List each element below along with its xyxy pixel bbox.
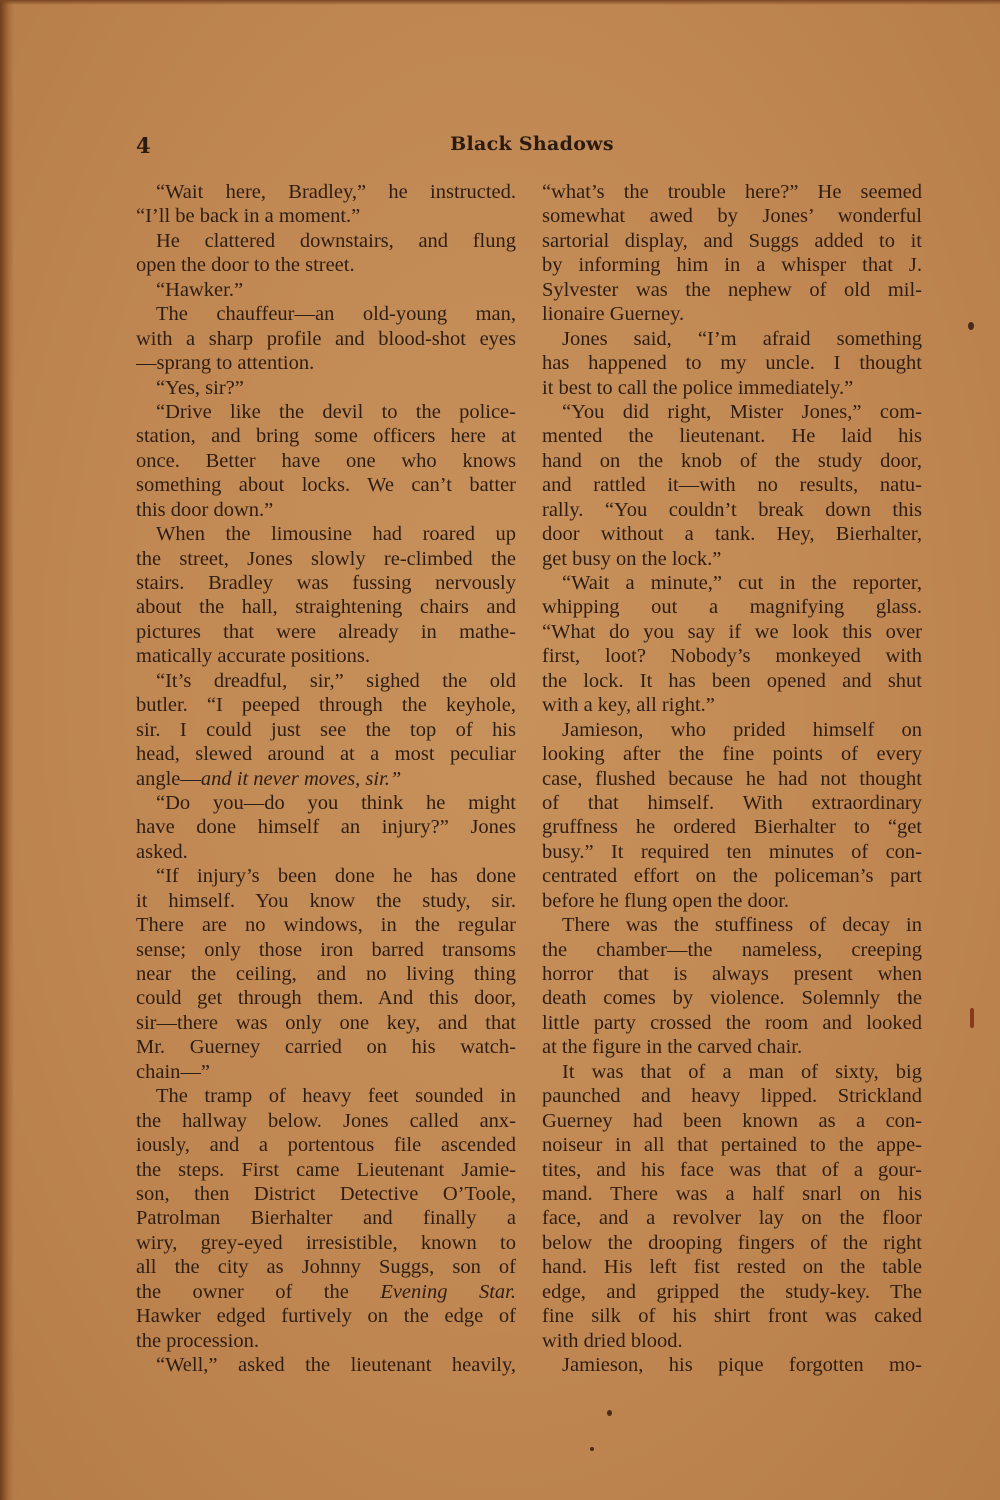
text-line: Jones said, “I’m afraid something: [542, 327, 922, 351]
text-line: There was the stuffiness of decay in: [542, 913, 922, 937]
text-line: tites, and his face was that of a gour-: [542, 1158, 922, 1182]
text-line: “Do you—do you think he might: [136, 791, 516, 815]
text-line: get busy on the lock.”: [542, 547, 922, 571]
text-line: Hawker edged furtively on the edge of: [136, 1304, 516, 1328]
text-line: about the hall, straightening chairs and: [136, 595, 516, 619]
text-line: matically accurate positions.: [136, 644, 516, 668]
text-line: door without a tank. Hey, Bierhalter,: [542, 522, 922, 546]
text-line: with a key, all right.”: [542, 693, 922, 717]
text-line: When the limousine had roared up: [136, 522, 516, 546]
text-line: “what’s the trouble here?” He seemed: [542, 180, 922, 204]
text-line: before he flung open the door.: [542, 889, 922, 913]
text-line: first, loot? Nobody’s monkeyed with: [542, 644, 922, 668]
text-line: the owner of the Evening Star.: [136, 1280, 516, 1304]
text-line: little party crossed the room and looked: [542, 1011, 922, 1035]
italic-text: Evening Star.: [380, 1281, 516, 1303]
text-line: butler. “I peeped through the keyhole,: [136, 693, 516, 717]
text-line: The tramp of heavy feet sounded in: [136, 1084, 516, 1108]
text-line: by informing him in a whisper that J.: [542, 253, 922, 277]
text-line: sir—there was only one key, and that: [136, 1011, 516, 1035]
text-line: edge, and gripped the study-key. The: [542, 1280, 922, 1304]
text-line: once. Better have one who knows: [136, 449, 516, 473]
text-line: it best to call the police immediately.”: [542, 376, 922, 400]
text-line: asked.: [136, 840, 516, 864]
text-line: “What do you say if we look this over: [542, 620, 922, 644]
text-line: rally. “You couldn’t break down this: [542, 498, 922, 522]
text-line: son, then District Detective O’Toole,: [136, 1182, 516, 1206]
text-column-left: “Wait here, Bradley,” he instructed.“I’l…: [136, 180, 516, 1377]
text-line: wiry, grey-eyed irresistible, known to: [136, 1231, 516, 1255]
text-line: and rattled it—with no results, natu-: [542, 473, 922, 497]
text-line: angle—and it never moves, sir.”: [136, 767, 516, 791]
text-column-right: “what’s the trouble here?” He seemedsome…: [542, 180, 922, 1377]
text-line: —sprang to attention.: [136, 351, 516, 375]
text-line: Jamieson, who prided himself on: [542, 718, 922, 742]
text-line: death comes by violence. Solemnly the: [542, 986, 922, 1010]
text-line: face, and a revolver lay on the floor: [542, 1206, 922, 1230]
text-line: hand on the knob of the study door,: [542, 449, 922, 473]
ink-speck: [590, 1447, 594, 1451]
text-line: the lock. It has been opened and shut: [542, 669, 922, 693]
text-line: sartorial display, and Suggs added to it: [542, 229, 922, 253]
text-line: “It’s dreadful, sir,” sighed the old: [136, 669, 516, 693]
text-line: head, slewed around at a most peculiar: [136, 742, 516, 766]
text-line: the procession.: [136, 1329, 516, 1353]
text-line: with dried blood.: [542, 1329, 922, 1353]
text-line: “You did right, Mister Jones,” com-: [542, 400, 922, 424]
text-line: There are no windows, in the regular: [136, 913, 516, 937]
text-line: the steps. First came Lieutenant Jamie-: [136, 1158, 516, 1182]
text-line: noiseur in all that pertained to the app…: [542, 1133, 922, 1157]
text-line: something about locks. We can’t batter: [136, 473, 516, 497]
text-line: horror that is always present when: [542, 962, 922, 986]
text-line: “Hawker.”: [136, 278, 516, 302]
text-line: fine silk of his shirt front was caked: [542, 1304, 922, 1328]
text-line: the street, Jones slowly re-climbed the: [136, 547, 516, 571]
text-line: “Yes, sir?”: [136, 376, 516, 400]
text-line: at the figure in the carved chair.: [542, 1035, 922, 1059]
running-title: Black Shadows: [136, 133, 928, 155]
text-line: case, flushed because he had not thought: [542, 767, 922, 791]
ink-speck: [970, 1008, 974, 1028]
text-line: It was that of a man of sixty, big: [542, 1060, 922, 1084]
text-line: has happened to my uncle. I thought: [542, 351, 922, 375]
text-line: “Drive like the devil to the police-: [136, 400, 516, 424]
text-line: of that himself. With extraordinary: [542, 791, 922, 815]
text-line: “Well,” asked the lieutenant heavily,: [136, 1353, 516, 1377]
text-line: mand. There was a half snarl on his: [542, 1182, 922, 1206]
text-line: near the ceiling, and no living thing: [136, 962, 516, 986]
text-line: Mr. Guerney carried on his watch-: [136, 1035, 516, 1059]
text-line: paunched and heavy lipped. Strickland: [542, 1084, 922, 1108]
text-line: “Wait a minute,” cut in the reporter,: [542, 571, 922, 595]
text-line: have done himself an injury?” Jones: [136, 815, 516, 839]
text-line: “Wait here, Bradley,” he instructed.: [136, 180, 516, 204]
text-line: somewhat awed by Jones’ wonderful: [542, 204, 922, 228]
text-line: “I’ll be back in a moment.”: [136, 204, 516, 228]
text-line: it himself. You know the study, sir.: [136, 889, 516, 913]
ink-speck: [607, 1410, 612, 1416]
text-line: lionaire Guerney.: [542, 302, 922, 326]
text-line: the chamber—the nameless, creeping: [542, 938, 922, 962]
text-line: hand. His left fist rested on the table: [542, 1255, 922, 1279]
text-line: this door down.”: [136, 498, 516, 522]
text-line: mented the lieutenant. He laid his: [542, 424, 922, 448]
text-line: Jamieson, his pique forgotten mo-: [542, 1353, 922, 1377]
text-line: whipping out a magnifying glass.: [542, 595, 922, 619]
text-line: Guerney had been known as a con-: [542, 1109, 922, 1133]
text-line: stairs. Bradley was fussing nervously: [136, 571, 516, 595]
italic-text: and it never moves, sir.”: [201, 768, 401, 790]
page-header: 4 Black Shadows: [136, 133, 928, 163]
text-line: pictures that were already in mathe-: [136, 620, 516, 644]
text-line: sir. I could just see the top of his: [136, 718, 516, 742]
book-page: 4 Black Shadows “Wait here, Bradley,” he…: [0, 0, 1000, 1500]
text-line: The chauffeur—an old-young man,: [136, 302, 516, 326]
text-line: sense; only those iron barred transoms: [136, 938, 516, 962]
text-line: station, and bring some officers here at: [136, 424, 516, 448]
text-line: busy.” It required ten minutes of con-: [542, 840, 922, 864]
text-line: all the city as Johnny Suggs, son of: [136, 1255, 516, 1279]
ink-speck: [968, 322, 974, 330]
text-line: iously, and a portentous file ascended: [136, 1133, 516, 1157]
page-edge-shadow: [0, 0, 14, 1500]
text-line: could get through them. And this door,: [136, 986, 516, 1010]
text-line: “If injury’s been done he has done: [136, 864, 516, 888]
text-line: open the door to the street.: [136, 253, 516, 277]
text-line: below the drooping fingers of the right: [542, 1231, 922, 1255]
text-line: Sylvester was the nephew of old mil-: [542, 278, 922, 302]
text-line: chain—”: [136, 1060, 516, 1084]
page-top-edge: [0, 0, 1000, 5]
text-line: He clattered downstairs, and flung: [136, 229, 516, 253]
text-line: with a sharp profile and blood-shot eyes: [136, 327, 516, 351]
text-line: gruffness he ordered Bierhalter to “get: [542, 815, 922, 839]
text-line: Patrolman Bierhalter and finally a: [136, 1206, 516, 1230]
text-line: looking after the fine points of every: [542, 742, 922, 766]
text-line: the hallway below. Jones called anx-: [136, 1109, 516, 1133]
text-line: centrated effort on the policeman’s part: [542, 864, 922, 888]
